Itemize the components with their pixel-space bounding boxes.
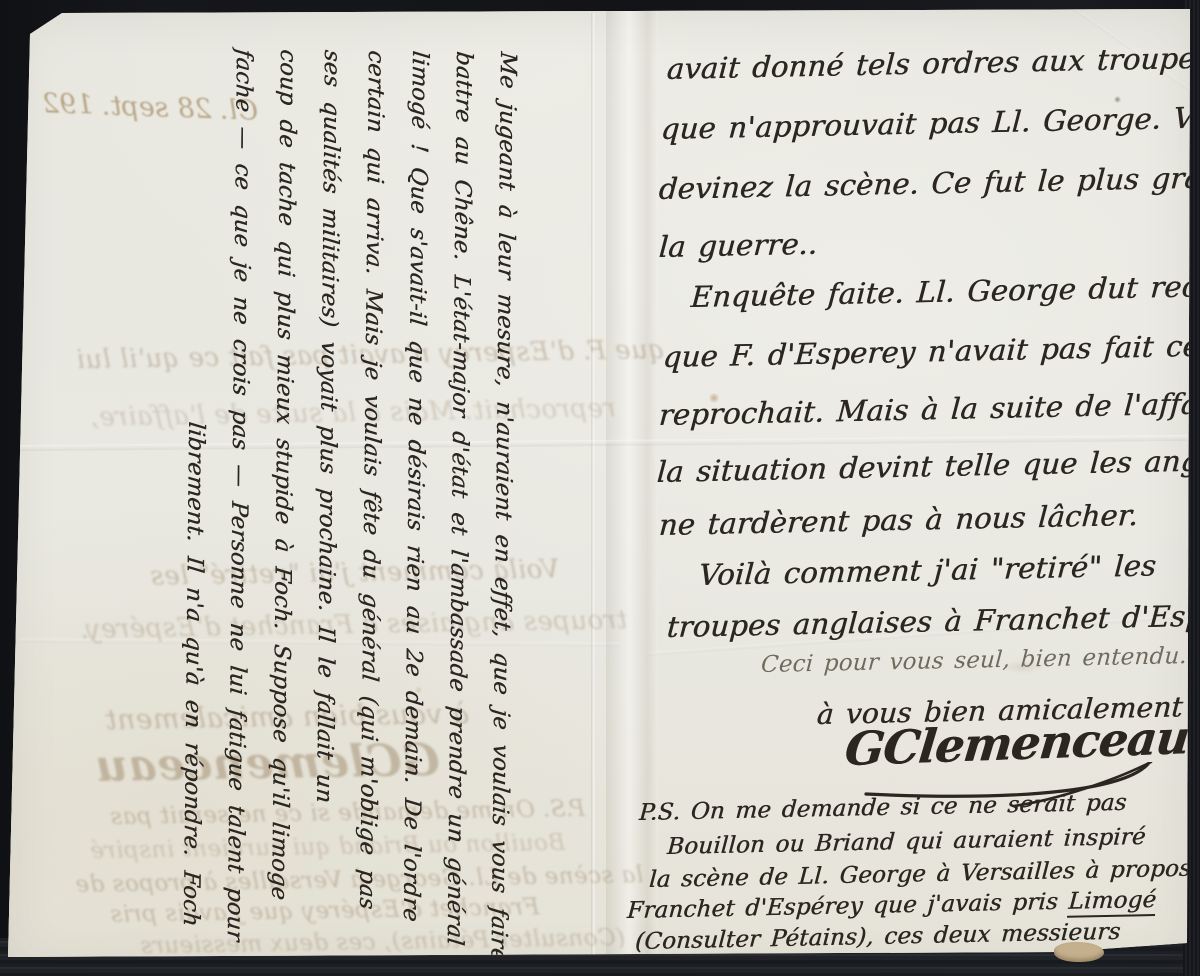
handwriting-line: ne tardèrent pas à nous lâcher. (658, 498, 1139, 542)
handwriting-line: Me jugeant à leur mesure, n'auraient en … (477, 50, 530, 942)
underlined-word: Limogé (1067, 887, 1157, 918)
handwriting-line: certain qui arriva. Mais je voulais fête… (345, 48, 398, 940)
handwriting-line: Voilà comment j'ai "retiré" les (698, 548, 1158, 592)
handwriting-line: Enquête faite. Ll. George dut reconnaîtr… (690, 267, 1200, 314)
handwriting-line: troupes anglaises à Franchet d'Espérey. (666, 597, 1200, 644)
postscript-line: Franchet d'Espérey que j'avais pris Limo… (626, 887, 1157, 924)
paper-chip (1054, 942, 1104, 962)
left-page-rotated-text: Me jugeant à leur mesure, n'auraient en … (169, 48, 530, 940)
handwriting-line: la situation devint telle que les anglai… (656, 443, 1200, 489)
confidential-note-line: Ceci pour vous seul, bien entendu. (760, 643, 1188, 678)
signature: GClemenceau (842, 710, 1191, 776)
handwriting-line: limogé ! Que s'avait-il que ne désirais … (389, 49, 442, 941)
handwriting-line: que F. d'Esperey n'avait pas fait ce qu'… (662, 326, 1200, 374)
handwriting-line: devinez la scène. Ce fut le plus grave d… (658, 159, 1200, 206)
handwriting-line: fache — ce que je ne crois pas — Personn… (213, 47, 266, 939)
postscript-text: Franchet d'Espérey que j'avais pris (626, 889, 1069, 924)
postscript-line: (Consulter Pétains), ces deux messieurs (634, 919, 1121, 955)
fold-crease-vertical (591, 13, 596, 955)
handwriting-line: avait donné tels ordres aux troupes angl… (666, 37, 1200, 86)
handwriting-line: battre au Chêne. L'état-major d'état et … (433, 49, 486, 941)
left-page: Me jugeant à leur mesure, n'auraient en … (178, 52, 533, 940)
postscript-line: P.S. On me demande si ce ne serait pas (638, 790, 1127, 826)
handwriting-line: que n'approuvait pas Ll. George. Vous (660, 100, 1200, 146)
postscript-line: Bouillon ou Briand qui auraient inspiré (666, 824, 1146, 860)
handwriting-line: coup de tache qui plus mieux stupide à F… (257, 47, 310, 939)
handwriting-line: la guerre.. (658, 227, 819, 264)
handwriting-line: ses qualités militaires) voyait plus pro… (301, 48, 354, 940)
letter-paper-sheet: Cl. 28 sept. 192 que F. d'Esperey n'avai… (0, 0, 1200, 976)
handwriting-line: reprochait. Mais à la suite de l'affaire… (658, 386, 1200, 432)
handwriting-line: librement. Il n'a qu'à en répondre. Foch (169, 46, 222, 938)
